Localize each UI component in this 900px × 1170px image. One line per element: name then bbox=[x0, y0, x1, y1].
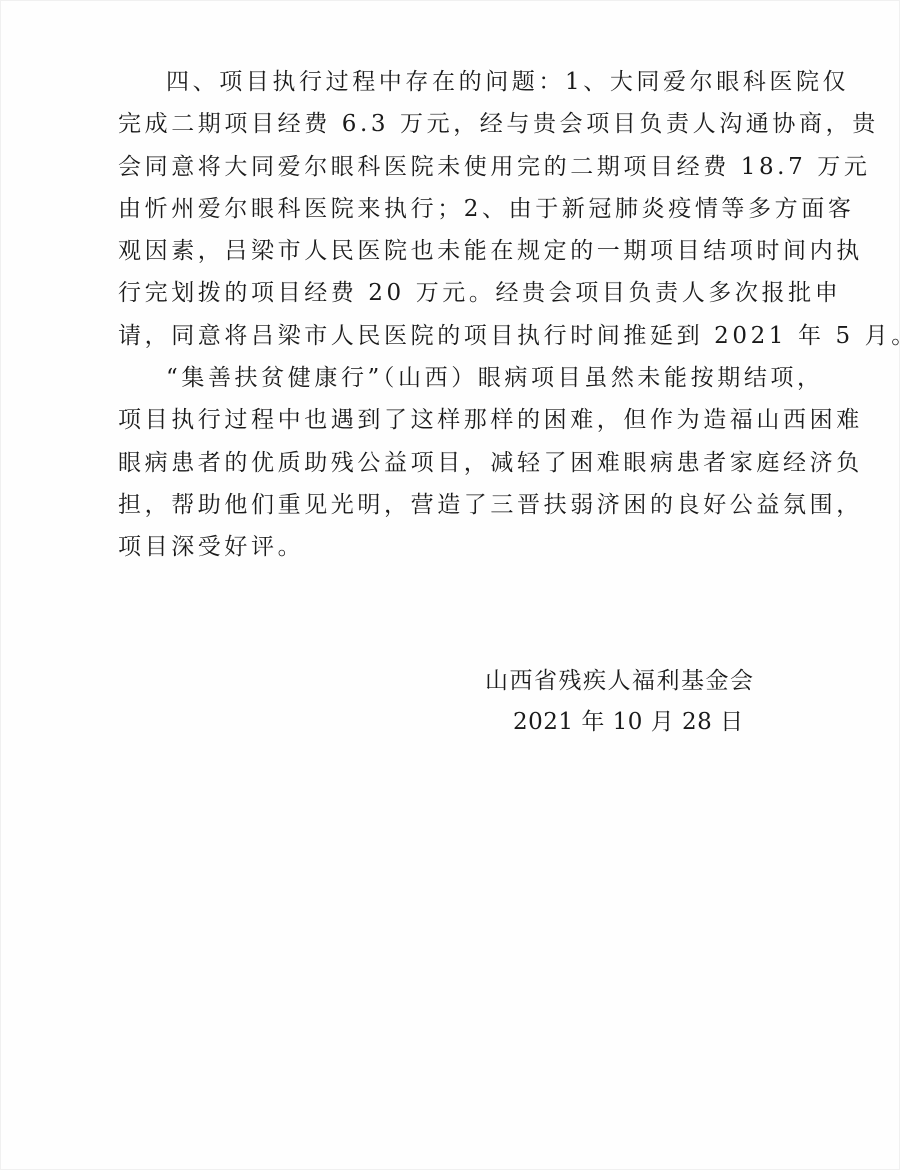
text-line: 观因素，吕梁市人民医院也未能在规定的一期项目结项时间内执 bbox=[118, 230, 790, 272]
text-line: 行完划拨的项目经费 20 万元。经贵会项目负责人多次报批申 bbox=[118, 272, 790, 314]
text-line: 完成二期项目经费 6.3 万元，经与贵会项目负责人沟通协商，贵 bbox=[118, 103, 790, 145]
signature-block: 山西省残疾人福利基金会 2021 年 10 月 28 日 bbox=[485, 661, 747, 743]
signature-organization: 山西省残疾人福利基金会 bbox=[485, 661, 747, 702]
paragraph-execution-issues: 四、项目执行过程中存在的问题：1、大同爱尔眼科医院仅 完成二期项目经费 6.3 … bbox=[118, 61, 790, 357]
text-line: 项目深受好评。 bbox=[118, 526, 790, 568]
text-line: “集善扶贫健康行”（山西）眼病项目虽然未能按期结项， bbox=[118, 357, 790, 399]
text-line: 眼病患者的优质助残公益项目，减轻了困难眼病患者家庭经济负 bbox=[118, 442, 790, 484]
text-line: 由忻州爱尔眼科医院来执行；2、由于新冠肺炎疫情等多方面客 bbox=[118, 188, 790, 230]
text-line: 请，同意将吕梁市人民医院的项目执行时间推延到 2021 年 5 月。 bbox=[118, 315, 790, 357]
text-line: 会同意将大同爱尔眼科医院未使用完的二期项目经费 18.7 万元 bbox=[118, 146, 790, 188]
text-line: 项目执行过程中也遇到了这样那样的困难，但作为造福山西困难 bbox=[118, 399, 790, 441]
paragraph-project-summary: “集善扶贫健康行”（山西）眼病项目虽然未能按期结项， 项目执行过程中也遇到了这样… bbox=[118, 357, 790, 568]
text-line: 四、项目执行过程中存在的问题：1、大同爱尔眼科医院仅 bbox=[118, 61, 790, 103]
text-line: 担，帮助他们重见光明，营造了三晋扶弱济困的良好公益氛围， bbox=[118, 484, 790, 526]
signature-date: 2021 年 10 月 28 日 bbox=[485, 702, 747, 743]
document-body: 四、项目执行过程中存在的问题：1、大同爱尔眼科医院仅 完成二期项目经费 6.3 … bbox=[118, 61, 790, 569]
document-page: 四、项目执行过程中存在的问题：1、大同爱尔眼科医院仅 完成二期项目经费 6.3 … bbox=[0, 0, 900, 1170]
